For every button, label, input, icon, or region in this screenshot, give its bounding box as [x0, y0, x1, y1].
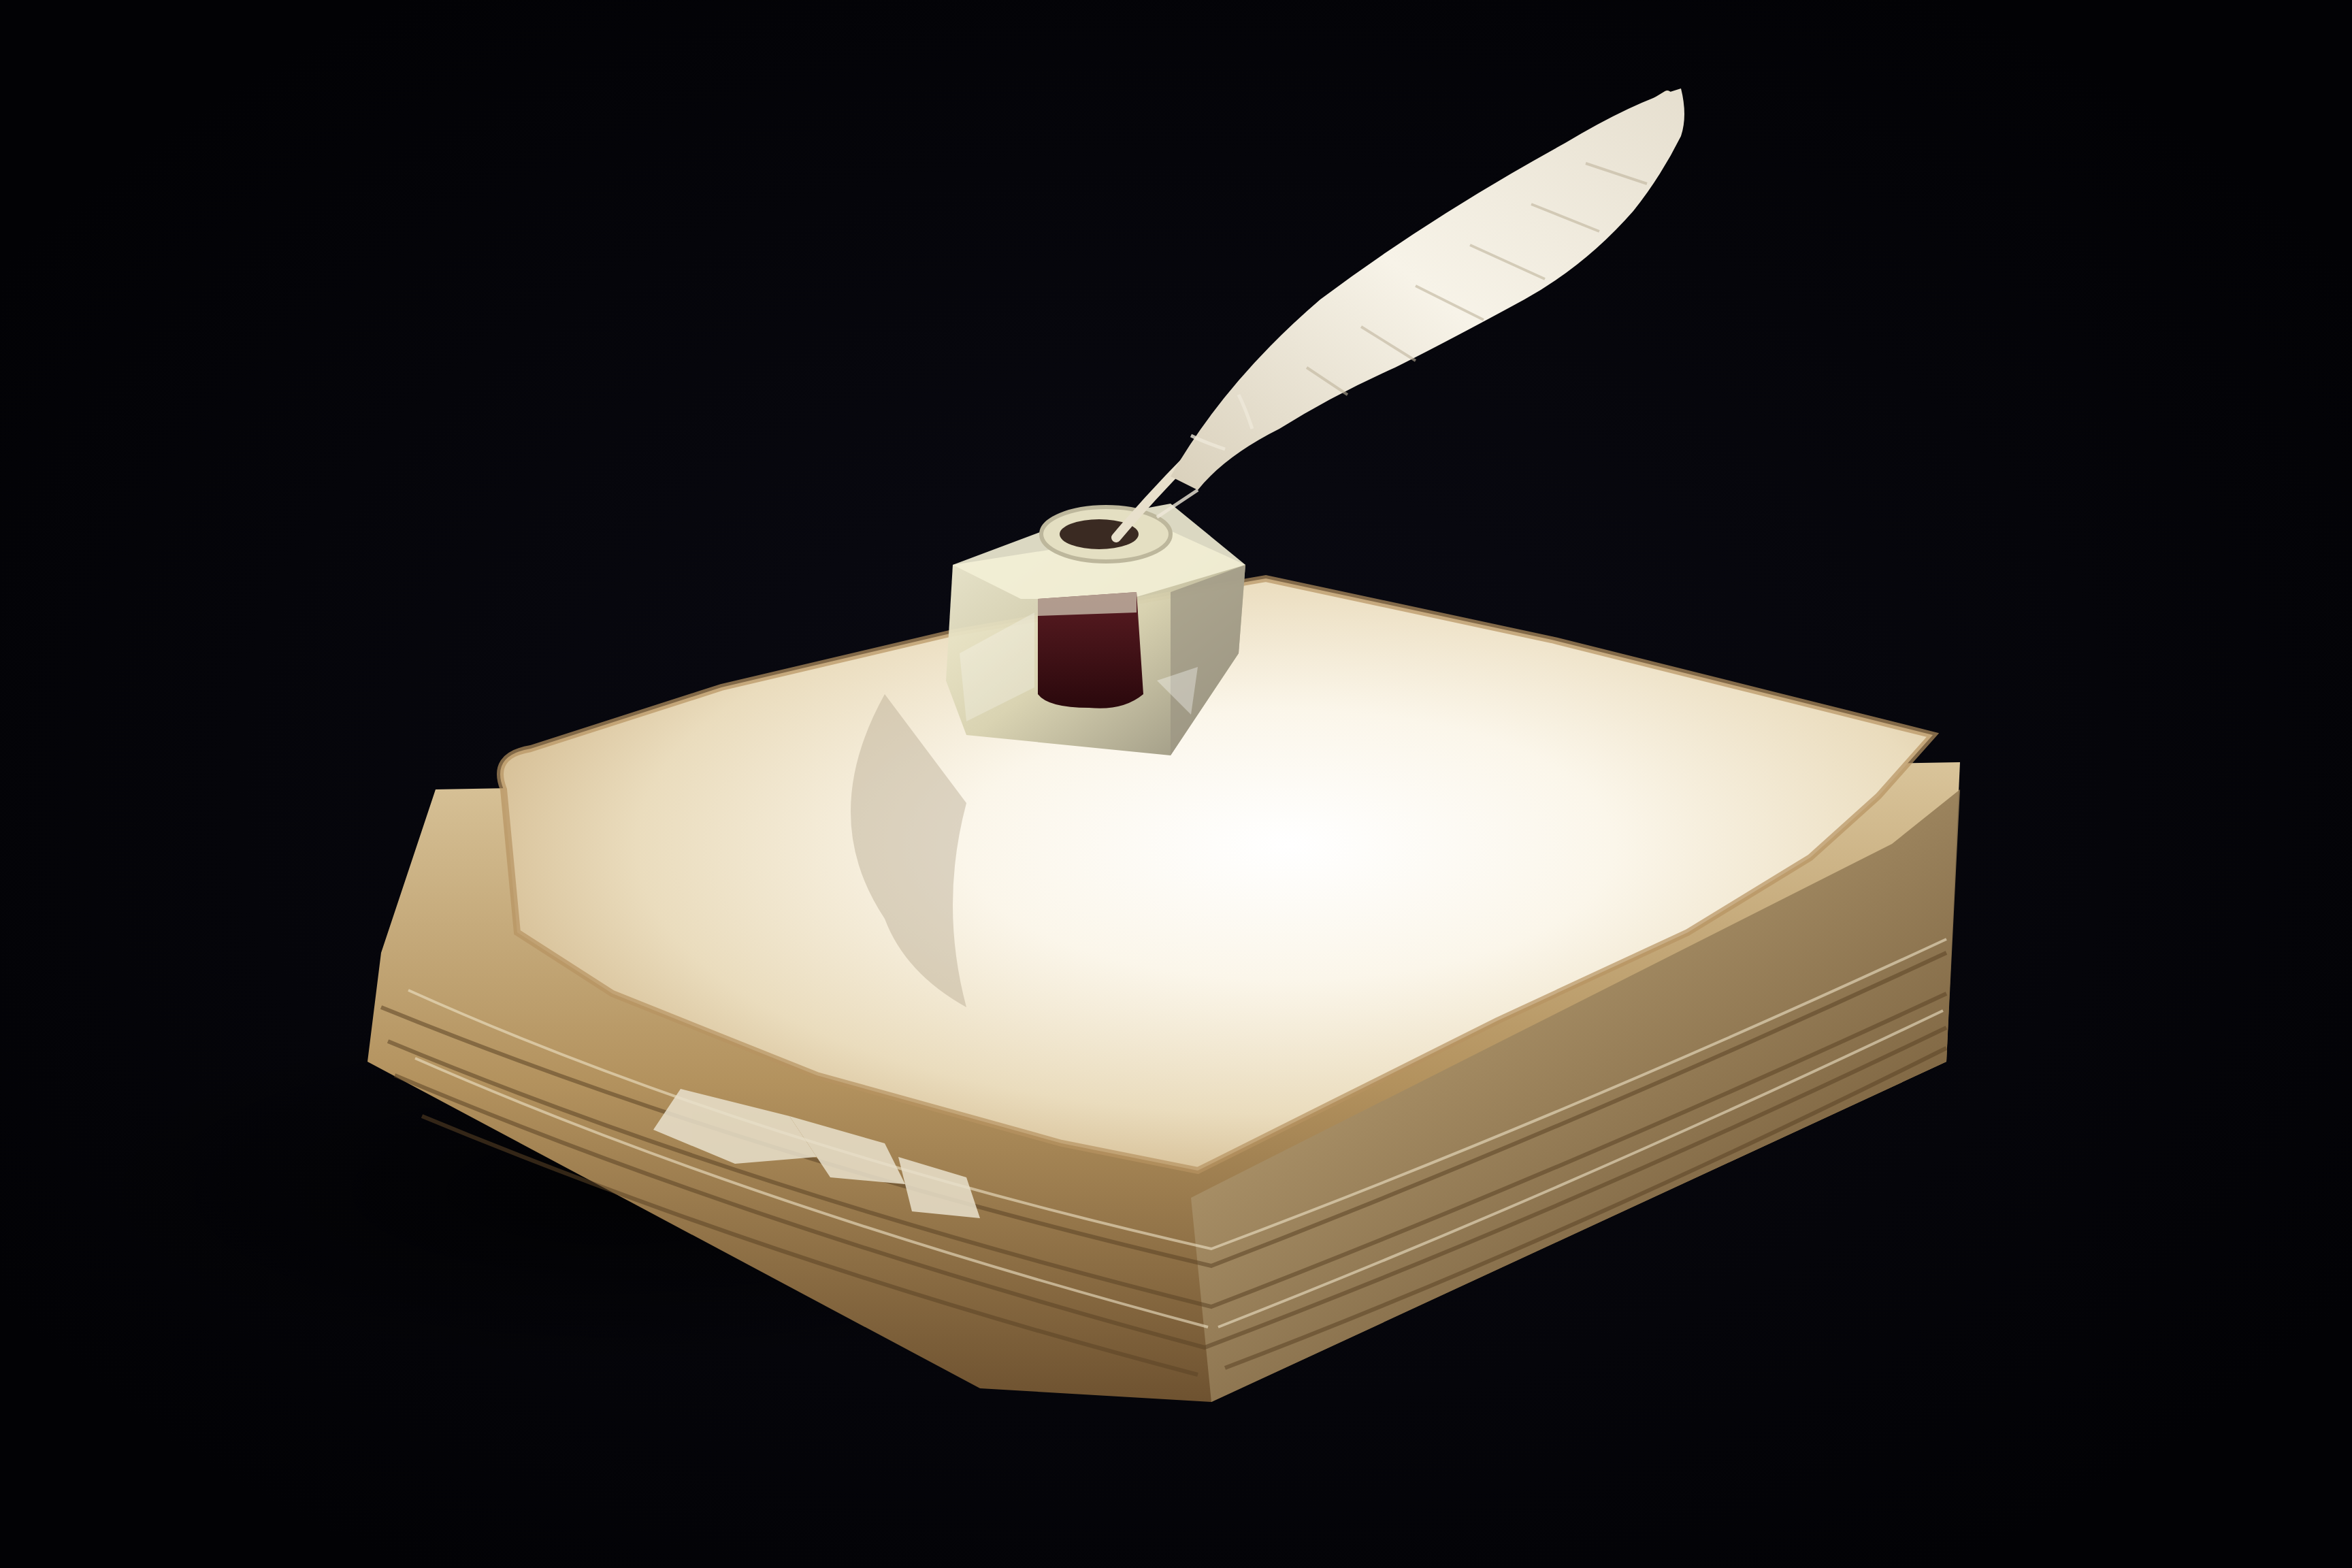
- photo-illustration: [0, 0, 2352, 1568]
- photo-scene: Stack of aged, torn parchment sheets wit…: [0, 0, 2352, 1568]
